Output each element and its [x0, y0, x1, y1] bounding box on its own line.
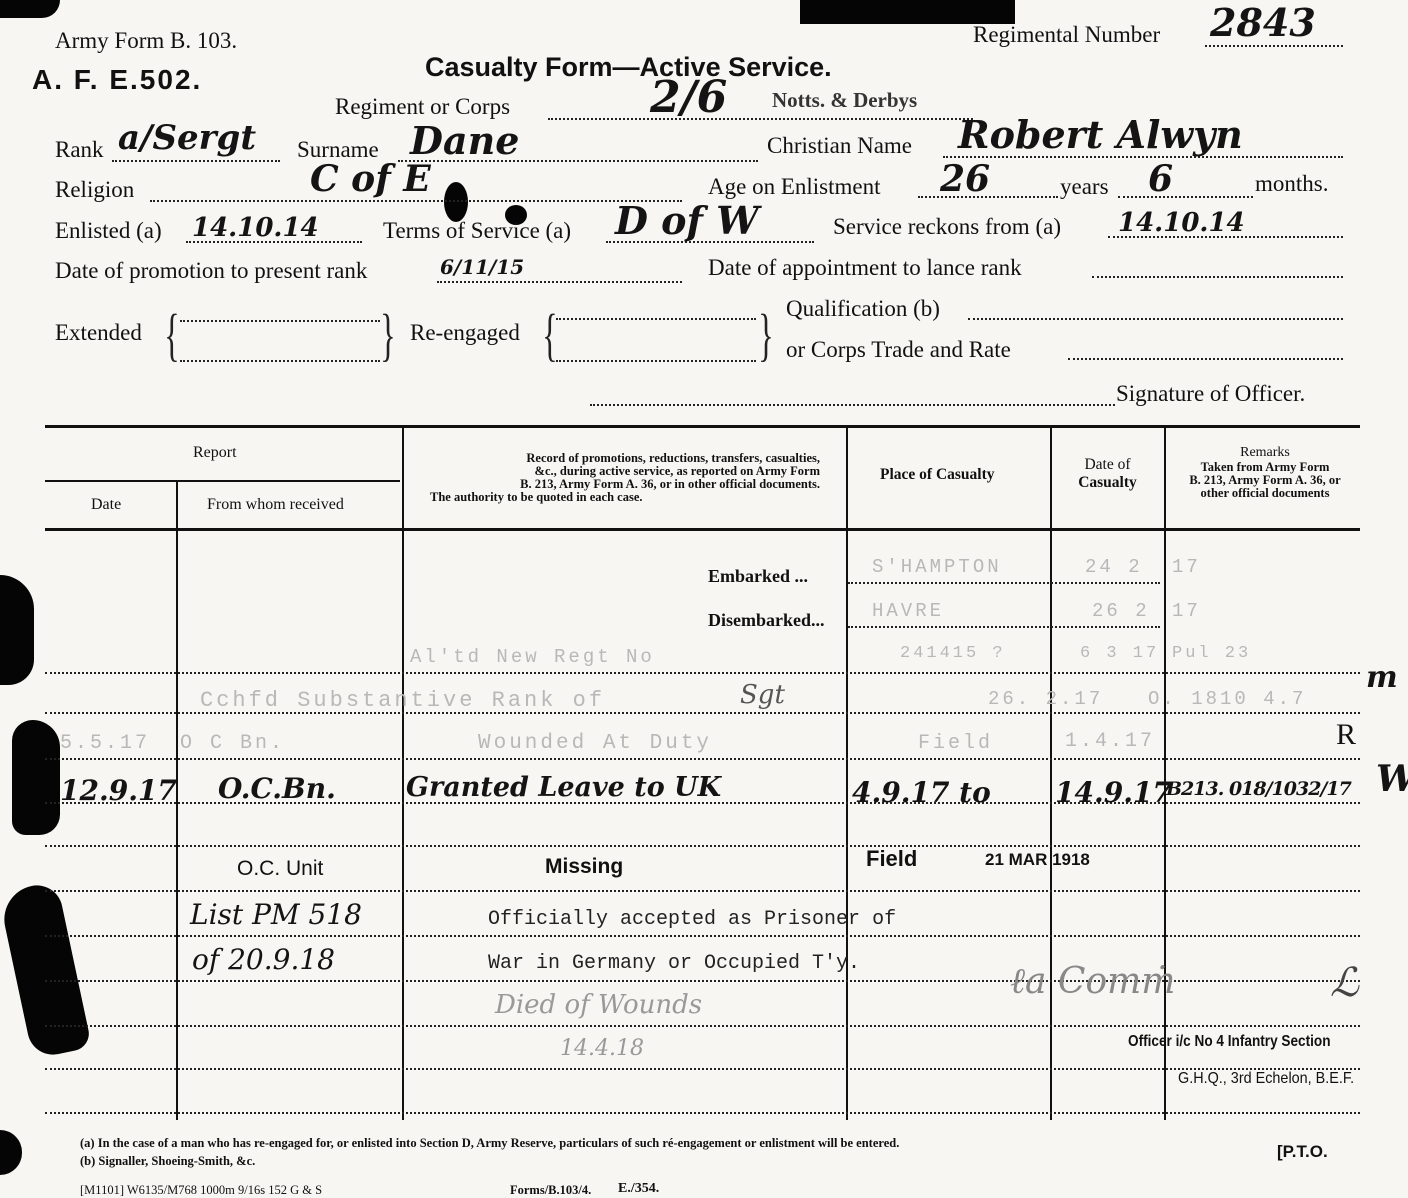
disembarked-year: 17 — [1172, 600, 1201, 622]
header-date-casualty: Date of Casualty — [1055, 456, 1160, 492]
years-label: years — [1060, 174, 1109, 200]
header-remarks-line: other official documents — [1170, 487, 1360, 500]
row2-from: O C Bn. — [180, 732, 285, 755]
row2-date: 5.5.17 — [60, 732, 150, 755]
brace-right-icon: } — [380, 306, 395, 364]
row-rule — [45, 758, 1360, 760]
signature-label: Signature of Officer. — [1116, 381, 1305, 407]
extended-line-2 — [180, 360, 380, 362]
row2-date-casualty: 1.4.17 — [1065, 730, 1155, 753]
signature-stamp-line2: G.H.Q., 3rd Echelon, B.E.F. — [1178, 1070, 1354, 1088]
form-code-bold: E./354. — [618, 1181, 659, 1197]
embarked-date: 24 2 — [1085, 556, 1143, 578]
row4-date-casualty: 21 MAR 1918 — [985, 850, 1090, 870]
rank-value: a/Sergt — [118, 118, 256, 158]
christian-name-label: Christian Name — [767, 133, 912, 159]
row3-remarks: B213. 018/1032/17 — [1166, 778, 1351, 800]
row2-place: Field — [918, 732, 993, 755]
row6-record: War in Germany or Occupied T'y. — [488, 952, 860, 975]
row7-record: Died of Wounds — [495, 990, 702, 1020]
regiment-line — [548, 118, 973, 120]
row-rule — [45, 672, 1360, 674]
christian-name-value: Robert Alwyn — [958, 112, 1243, 157]
row-rule — [45, 935, 1360, 937]
embarked-label: Embarked ... — [708, 566, 808, 587]
col-divider — [846, 428, 848, 1120]
footnote-a: (a) In the case of a man who has re-enga… — [80, 1136, 899, 1151]
scan-shadow-top-left — [0, 0, 60, 18]
form-title: Casualty Form—Active Service. — [425, 52, 832, 83]
row2-record: Wounded At Duty — [478, 732, 712, 755]
header-date-casualty-line: Casualty — [1055, 474, 1160, 492]
months-label: months. — [1255, 171, 1328, 197]
service-reckons-label: Service reckons from (a) — [833, 214, 1061, 240]
regiment-label: Regiment or Corps — [335, 94, 510, 120]
row1-place: 26. 2.17 — [988, 688, 1103, 710]
terms-label: Terms of Service (a) — [383, 218, 571, 244]
header-record: Record of promotions, reductions, transf… — [430, 452, 820, 504]
disembarked-line — [848, 626, 1160, 628]
brace-left-icon: { — [164, 306, 179, 364]
row0-record: Al'td New Regt No — [410, 646, 655, 668]
col-divider — [402, 428, 404, 1120]
footnote-b: (b) Signaller, Shoeing-Smith, &c. — [80, 1154, 255, 1169]
rank-label: Rank — [55, 137, 104, 163]
row4-record: Missing — [545, 855, 623, 879]
promotion-value: 6/11/15 — [440, 255, 524, 279]
officer-initials-scrawl: ℒ — [1330, 960, 1359, 1006]
regimental-number-label: Regimental Number — [973, 22, 1160, 48]
report-subrule — [45, 480, 400, 482]
table-header-bottom-rule — [45, 528, 1360, 531]
ink-blot — [0, 575, 34, 685]
brace-right-icon: } — [758, 306, 773, 364]
promotion-label: Date of promotion to present rank — [55, 258, 367, 284]
lance-rank-line — [1092, 276, 1343, 278]
row-rule — [45, 890, 1360, 892]
extended-line-1 — [180, 320, 380, 322]
regiment-name: Notts. & Derbys — [772, 88, 917, 113]
reengaged-line-1 — [556, 318, 756, 320]
row8-record: 14.4.18 — [560, 1036, 644, 1061]
enlisted-label: Enlisted (a) — [55, 218, 162, 244]
row0-place: 241415 ? — [900, 644, 1006, 663]
margin-mark: m — [1366, 660, 1398, 695]
col-divider — [1050, 428, 1052, 1120]
header-date-casualty-line: Date of — [1055, 456, 1160, 474]
row3-from: O.C.Bn. — [218, 772, 336, 805]
age-months-line — [1118, 196, 1253, 198]
corps-trade-label: or Corps Trade and Rate — [786, 337, 1011, 363]
ink-dot — [444, 182, 468, 222]
qualification-line — [968, 318, 1343, 320]
reengaged-line-2 — [556, 360, 756, 362]
signature-stamp-line1: Officer i/c No 4 Infantry Section — [1128, 1033, 1331, 1051]
promotion-line — [437, 281, 682, 283]
qualification-label: Qualification (b) — [786, 296, 940, 322]
row-rule — [45, 1025, 1360, 1027]
row0-date-casualty: 6 3 17 — [1080, 644, 1159, 663]
ink-blot — [0, 881, 92, 1060]
row4-from: O.C. Unit — [237, 857, 323, 881]
row3-date: 12.9.17 — [60, 774, 177, 807]
pto-label: [P.T.O. — [1277, 1142, 1328, 1162]
table-top-rule — [45, 425, 1360, 428]
header-date: Date — [91, 496, 121, 514]
regimental-number-line — [1205, 45, 1343, 47]
header-record-line: The authority to be quoted in each case. — [430, 491, 820, 504]
rank-line — [112, 160, 280, 162]
reengaged-label: Re-engaged — [410, 320, 520, 346]
age-months-value: 6 — [1148, 158, 1173, 200]
form-code: Forms/B.103/4. — [510, 1183, 591, 1198]
row-rule — [45, 845, 1360, 847]
row5-record: Officially accepted as Prisoner of — [488, 908, 896, 931]
header-report: Report — [193, 444, 237, 462]
row-rule — [45, 1068, 1360, 1070]
margin-mark: R — [1336, 718, 1356, 752]
age-years-value: 26 — [940, 158, 990, 200]
disembarked-label: Disembarked... — [708, 610, 825, 631]
afe-code: A. F. E.502. — [32, 64, 202, 96]
signature-line — [590, 404, 1115, 406]
disembarked-place: HAVRE — [872, 600, 944, 622]
row-rule — [45, 1112, 1360, 1114]
row5-from: List PM 518 — [190, 898, 362, 931]
row0-remarks: Pul 23 — [1172, 644, 1251, 663]
col-divider — [1164, 428, 1166, 1120]
embarked-year: 17 — [1172, 556, 1201, 578]
embarked-place: S'HAMPTON — [872, 556, 1002, 578]
header-remarks: Remarks Taken from Army Form B. 213, Arm… — [1170, 445, 1360, 500]
disembarked-date: 26 2 — [1092, 600, 1150, 622]
row3-date-casualty: 14.9.17 — [1055, 776, 1172, 809]
row1-record: Cchfd Substantive Rank of — [200, 688, 605, 713]
religion-value: C of E — [310, 158, 431, 200]
service-reckons-value: 14.10.14 — [1118, 208, 1245, 238]
header-from-whom: From whom received — [207, 496, 344, 514]
row1-record-hand: Sgt — [740, 680, 785, 710]
header-place: Place of Casualty — [880, 466, 995, 484]
regiment-battalion: 2/6 — [650, 72, 727, 123]
age-label: Age on Enlistment — [708, 174, 880, 200]
row6-from: of 20.9.18 — [192, 943, 335, 976]
row4-place: Field — [866, 846, 917, 872]
religion-label: Religion — [55, 177, 134, 203]
terms-value: D of W — [615, 198, 759, 243]
embarked-line — [848, 582, 1160, 584]
margin-mark: W — [1376, 758, 1408, 800]
row1-remarks: O. 1810 4.7 — [1148, 688, 1306, 710]
brace-left-icon: { — [542, 306, 557, 364]
ink-blot — [12, 720, 60, 835]
header-remarks-line: Remarks — [1170, 445, 1360, 461]
religion-line — [150, 200, 682, 202]
ink-blot — [0, 1130, 22, 1175]
row3-record: Granted Leave to UK — [406, 772, 721, 803]
row3-place: 4.9.17 to — [852, 776, 991, 809]
officer-signature-scrawl: ℓa Comṁ — [1010, 960, 1175, 1002]
redaction-bar — [800, 0, 1015, 24]
regimental-number-value: 2843 — [1210, 0, 1316, 45]
army-form-label: Army Form B. 103. — [55, 28, 237, 54]
extended-label: Extended — [55, 320, 142, 346]
surname-value: Dane — [410, 118, 519, 163]
corps-trade-line — [1068, 358, 1343, 360]
print-code: [M1101] W6135/M768 1000m 9/16s 152 G & S — [80, 1183, 322, 1198]
lance-rank-label: Date of appointment to lance rank — [708, 255, 1022, 281]
enlisted-value: 14.10.14 — [192, 213, 319, 243]
